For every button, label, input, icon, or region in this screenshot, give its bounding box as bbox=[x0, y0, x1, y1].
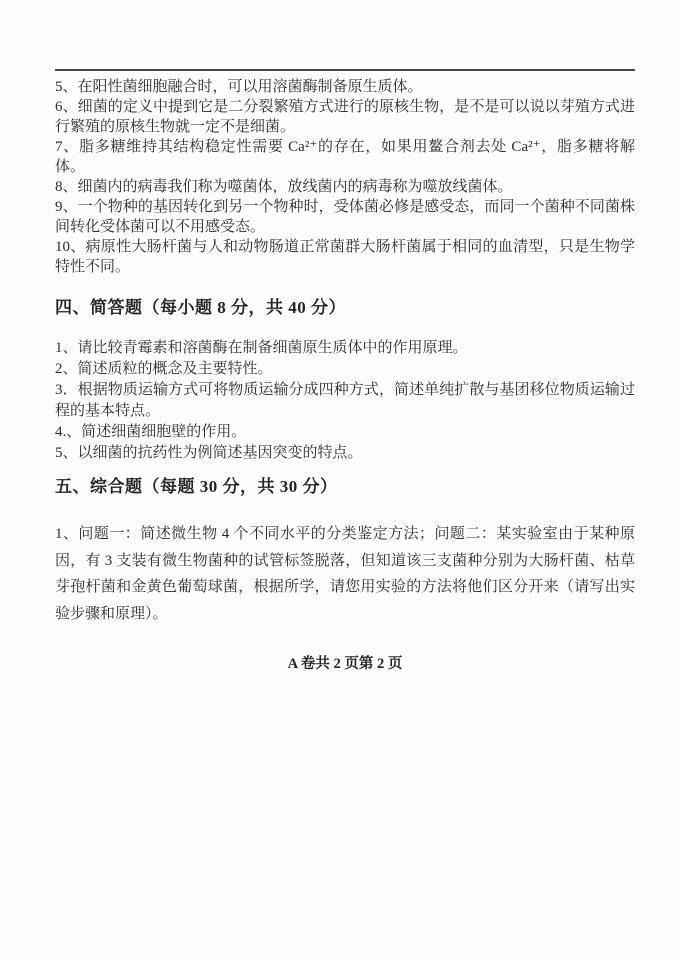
statement-9: 9、一个物种的基因转化到另一个物种时，受体菌必修是感受态，而同一个菌种不同菌株间… bbox=[55, 197, 635, 237]
comprehensive-questions: 1、问题一：简述微生物 4 个不同水平的分类鉴定方法；问题二：某实验室由于某种原… bbox=[55, 521, 635, 627]
short-answer-item-5: 5、以细菌的抗药性为例简述基因突变的特点。 bbox=[55, 443, 635, 464]
statement-5: 5、在阳性菌细胞融合时，可以用溶菌酶制备原生质体。 bbox=[55, 77, 635, 97]
short-answer-item-3: 3．根据物质运输方式可将物质运输分成四种方式，简述单纯扩散与基团移位物质运输过程… bbox=[55, 380, 635, 422]
page-top-divider bbox=[55, 69, 635, 71]
section-heading-comprehensive: 五、综合题（每题 30 分，共 30 分） bbox=[55, 476, 635, 498]
page-content: 5、在阳性菌细胞融合时，可以用溶菌酶制备原生质体。 6、细菌的定义中提到它是二分… bbox=[55, 77, 635, 673]
page-footer: A 卷共 2 页第 2 页 bbox=[55, 655, 635, 673]
section-heading-short-answer: 四、简答题（每小题 8 分，共 40 分） bbox=[55, 297, 635, 319]
comprehensive-item-1: 1、问题一：简述微生物 4 个不同水平的分类鉴定方法；问题二：某实验室由于某种原… bbox=[55, 521, 635, 627]
statement-7: 7、脂多糖维持其结构稳定性需要 Ca²⁺的存在，如果用鳌合剂去处 Ca²⁺，脂多… bbox=[55, 137, 635, 177]
statement-8: 8、细菌内的病毒我们称为噬菌体，放线菌内的病毒称为噬放线菌体。 bbox=[55, 177, 635, 197]
exam-page: 5、在阳性菌细胞融合时，可以用溶菌酶制备原生质体。 6、细菌的定义中提到它是二分… bbox=[0, 0, 680, 959]
statement-10: 10、病原性大肠杆菌与人和动物肠道正常菌群大肠杆菌属于相同的血清型，只是生物学特… bbox=[55, 237, 635, 277]
true-false-statements: 5、在阳性菌细胞融合时，可以用溶菌酶制备原生质体。 6、细菌的定义中提到它是二分… bbox=[55, 77, 635, 277]
short-answer-item-4: 4.、简述细菌细胞壁的作用。 bbox=[55, 422, 635, 443]
short-answer-item-2: 2、简述质粒的概念及主要特性。 bbox=[55, 359, 635, 380]
statement-6: 6、细菌的定义中提到它是二分裂繁殖方式进行的原核生物，是不是可以说以芽殖方式进行… bbox=[55, 97, 635, 137]
short-answer-item-1: 1、请比较青霉素和溶菌酶在制备细菌原生质体中的作用原理。 bbox=[55, 338, 635, 359]
short-answer-questions: 1、请比较青霉素和溶菌酶在制备细菌原生质体中的作用原理。 2、简述质粒的概念及主… bbox=[55, 338, 635, 464]
